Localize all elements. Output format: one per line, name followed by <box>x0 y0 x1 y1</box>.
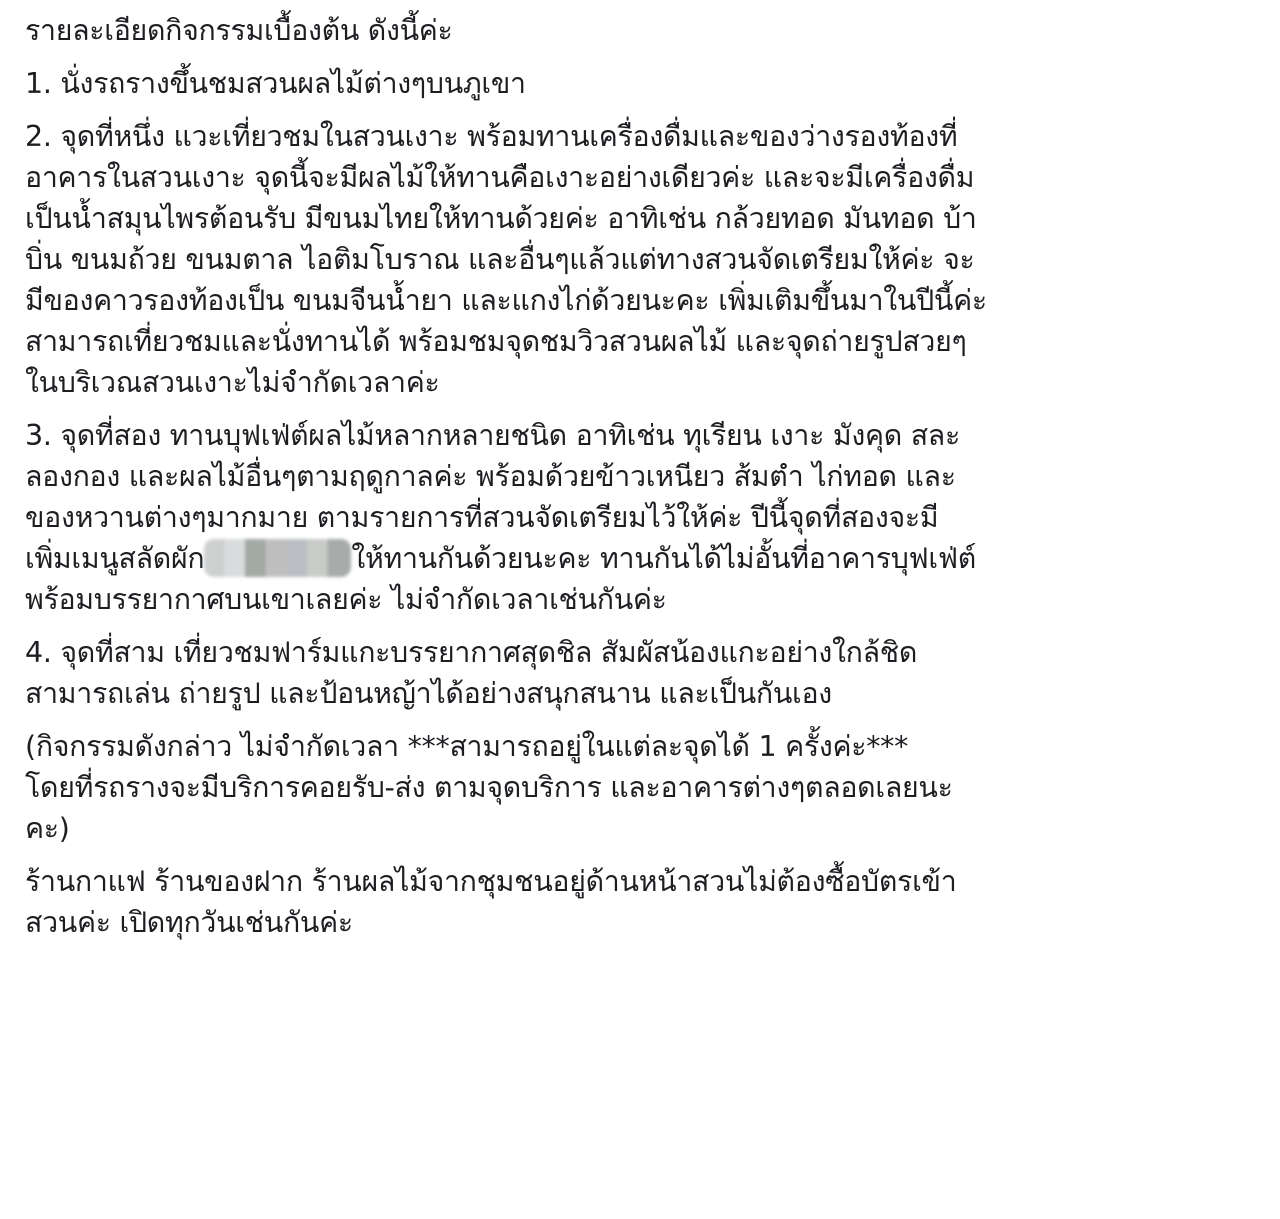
heading-line: รายละเอียดกิจกรรมเบื้องต้น ดังนี้ค่ะ <box>25 10 1270 51</box>
item-line: อาคารในสวนเงาะ จุดนี้จะมีผลไม้ให้ทานคือเ… <box>25 157 1270 198</box>
item-line: สามารถเที่ยวชมและนั่งทานได้ พร้อมชมจุดชม… <box>25 321 1270 362</box>
item-line: 4. จุดที่สาม เที่ยวชมฟาร์มแกะบรรยากาศสุด… <box>25 632 1270 673</box>
item-line: มีของคาวรองท้องเป็น ขนมจีนน้ำยา และแกงไก… <box>25 280 1270 321</box>
item-line: ในบริเวณสวนเงาะไม่จำกัดเวลาค่ะ <box>25 362 1270 403</box>
item-line: ลองกอง และผลไม้อื่นๆตามฤดูกาลค่ะ พร้อมด้… <box>25 456 1270 497</box>
item-line: สามารถเล่น ถ่ายรูป และป้อนหญ้าได้อย่างสน… <box>25 673 1270 714</box>
item-line-with-redaction: เพิ่มเมนูสลัดผักให้ทานกันด้วยนะคะ ทานกัน… <box>25 538 1270 579</box>
activity-note: (กิจกรรมดังกล่าว ไม่จำกัดเวลา ***สามารถอ… <box>25 726 1270 849</box>
note-line: คะ) <box>25 808 1270 849</box>
note-line: โดยที่รถรางจะมีบริการคอยรับ-ส่ง ตามจุดบร… <box>25 767 1270 808</box>
intro-heading: รายละเอียดกิจกรรมเบื้องต้น ดังนี้ค่ะ <box>25 10 1270 51</box>
item-line: 3. จุดที่สอง ทานบุฟเฟ่ต์ผลไม้หลากหลายชนิ… <box>25 415 1270 456</box>
activity-item-3: 3. จุดที่สอง ทานบุฟเฟ่ต์ผลไม้หลากหลายชนิ… <box>25 415 1270 620</box>
item-line: บิ่น ขนมถ้วย ขนมตาล ไอติมโบราณ และอื่นๆแ… <box>25 239 1270 280</box>
activity-item-1: 1. นั่งรถรางขึ้นชมสวนผลไม้ต่างๆบนภูเขา <box>25 63 1270 104</box>
redacted-line-before: เพิ่มเมนูสลัดผัก <box>25 542 204 575</box>
shops-footer: ร้านกาแฟ ร้านของฝาก ร้านผลไม้จากชุมชนอยู… <box>25 861 1270 943</box>
activity-item-2: 2. จุดที่หนึ่ง แวะเที่ยวชมในสวนเงาะ พร้อ… <box>25 116 1270 403</box>
item-line: 1. นั่งรถรางขึ้นชมสวนผลไม้ต่างๆบนภูเขา <box>25 63 1270 104</box>
item-line: ของหวานต่างๆมากมาย ตามรายการที่สวนจัดเตร… <box>25 497 1270 538</box>
note-line: (กิจกรรมดังกล่าว ไม่จำกัดเวลา ***สามารถอ… <box>25 726 1270 767</box>
document-body: รายละเอียดกิจกรรมเบื้องต้น ดังนี้ค่ะ 1. … <box>25 10 1270 955</box>
item-line: เป็นน้ำสมุนไพรต้อนรับ มีขนมไทยให้ทานด้วย… <box>25 198 1270 239</box>
item-line: พร้อมบรรยากาศบนเขาเลยค่ะ ไม่จำกัดเวลาเช่… <box>25 579 1270 620</box>
redacted-line-after: ให้ทานกันด้วยนะคะ ทานกันได้ไม่อั้นที่อาค… <box>351 542 976 575</box>
footer-line: ร้านกาแฟ ร้านของฝาก ร้านผลไม้จากชุมชนอยู… <box>25 861 1270 902</box>
activity-item-4: 4. จุดที่สาม เที่ยวชมฟาร์มแกะบรรยากาศสุด… <box>25 632 1270 714</box>
footer-line: สวนค่ะ เปิดทุกวันเช่นกันค่ะ <box>25 902 1270 943</box>
item-line: 2. จุดที่หนึ่ง แวะเที่ยวชมในสวนเงาะ พร้อ… <box>25 116 1270 157</box>
redacted-blur-block <box>204 539 351 577</box>
